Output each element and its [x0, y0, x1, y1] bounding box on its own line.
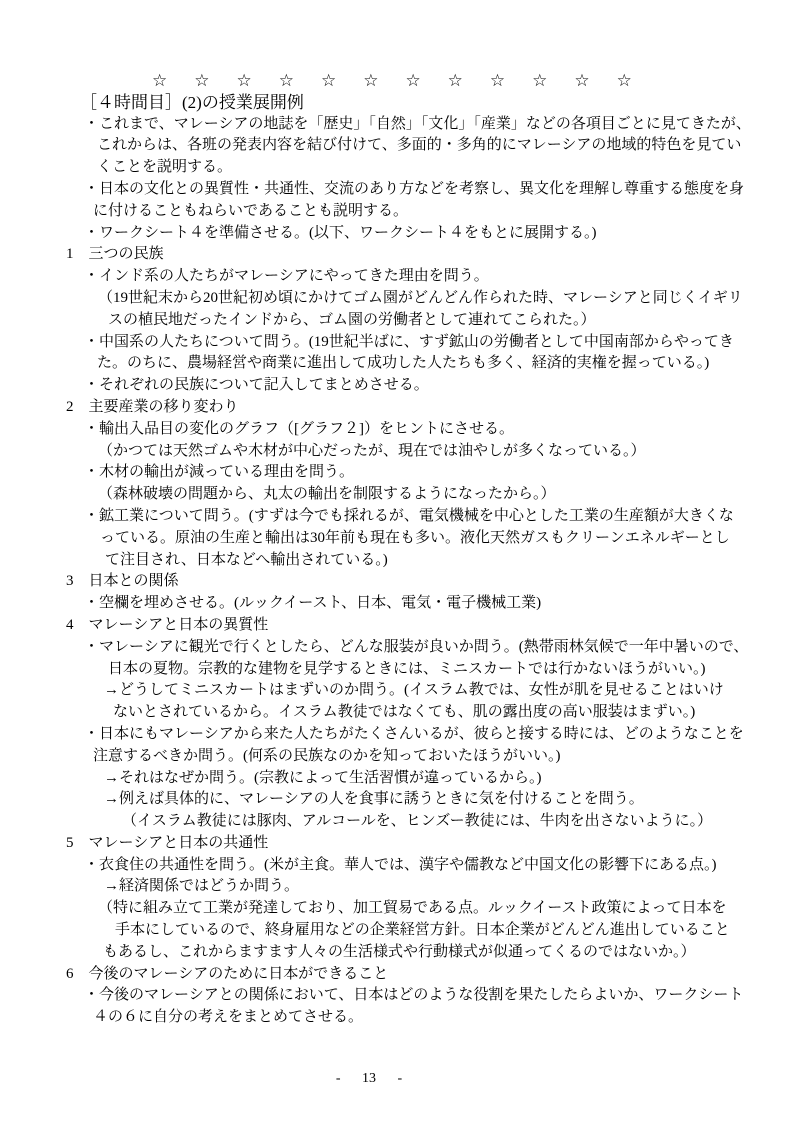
document-line: →それはなぜか問う。(宗教によって生活習慣が違っているから。) [0, 768, 794, 790]
document-line: ・空欄を埋めさせる。(ルックイースト、日本、電気・電子機械工業) [0, 593, 794, 615]
document-content: ☆☆☆☆☆☆☆☆☆☆☆☆ ［４時間目］(2)の授業展開例 ・これまで、マレーシア… [0, 70, 794, 1029]
document-line: 注意するべきか問う。(何系の民族なのかを知っておいたほうがいい。) [0, 746, 794, 768]
document-line: （特に組み立て工業が発達しており、加工貿易である点。ルックイースト政策によって日… [0, 898, 794, 920]
document-line: （19世紀末から20世紀初め頃にかけてゴム園がどんどん作られた時、マレーシアと同… [0, 288, 794, 310]
document-body: ・これまで、マレーシアの地誌を「歴史」「自然」「文化」「産業」などの各項目ごとに… [0, 114, 794, 1029]
page-title: ［４時間目］(2)の授業展開例 [0, 92, 794, 114]
document-line: スの植民地だったインドから、ゴム園の労働者として連れてこられた。） [0, 310, 794, 332]
document-line: ・木材の輸出が減っている理由を問う。 [0, 462, 794, 484]
document-line: ・ワークシート４を準備させる。(以下、ワークシート４をもとに展開する。) [0, 223, 794, 245]
document-line: もあるし、これからますます人々の生活様式や行動様式が似通ってくるのではないか。） [0, 942, 794, 964]
document-line: 1 三つの民族 [0, 244, 794, 266]
document-line: 2 主要産業の移り変わり [0, 397, 794, 419]
document-line: に付けることもねらいであることも説明する。 [0, 201, 794, 223]
document-line: ・インド系の人たちがマレーシアにやってきた理由を問う。 [0, 266, 794, 288]
document-line: ・日本の文化との異質性・共通性、交流のあり方などを考察し、異文化を理解し尊重する… [0, 179, 794, 201]
document-line: （かつては天然ゴムや木材が中心だったが、現在では油やしが多くなっている。） [0, 441, 794, 463]
document-line: 5 マレーシアと日本の共通性 [0, 833, 794, 855]
document-line: くことを説明する。 [0, 157, 794, 179]
document-line: ・中国系の人たちについて問う。(19世紀半ばに、すず鉱山の労働者として中国南部か… [0, 332, 794, 354]
document-line: ・衣食住の共通性を問う。(米が主食。華人では、漢字や儒教など中国文化の影響下にあ… [0, 855, 794, 877]
document-line: た。のちに、農場経営や商業に進出して成功した人たちも多く、経済的実権を握っている… [0, 353, 794, 375]
document-line: ・日本にもマレーシアから来た人たちがたくさんいるが、彼らと接する時には、どのよう… [0, 724, 794, 746]
document-line: （イスラム教徒には豚肉、アルコールを、ヒンズー教徒には、牛肉を出さないように。） [0, 811, 794, 833]
document-line: 6 今後のマレーシアのために日本ができること [0, 964, 794, 986]
document-line: ・それぞれの民族について記入してまとめさせる。 [0, 375, 794, 397]
document-line: ・鉱工業について問う。(すずは今でも採れるが、電気機械を中心とした工業の生産額が… [0, 506, 794, 528]
document-line: 日本の夏物。宗教的な建物を見学するときには、ミニスカートでは行かないほうがいい。… [0, 659, 794, 681]
document-line: ・これまで、マレーシアの地誌を「歴史」「自然」「文化」「産業」などの各項目ごとに… [0, 114, 794, 136]
document-line: ・マレーシアに観光で行くとしたら、どんな服装が良いか問う。(熱帯雨林気候で一年中… [0, 637, 794, 659]
document-line: ないとされているから。イスラム教徒ではなくても、肌の露出度の高い服装はまずい。) [0, 702, 794, 724]
document-line: 4 マレーシアと日本の異質性 [0, 615, 794, 637]
document-line: 手本にしているので、終身雇用などの企業経営方針。日本企業がどんどん進出しているこ… [0, 920, 794, 942]
document-line: ４の６に自分の考えをまとめてさせる。 [0, 1007, 794, 1029]
document-page: ☆☆☆☆☆☆☆☆☆☆☆☆ ［４時間目］(2)の授業展開例 ・これまで、マレーシア… [0, 0, 794, 1123]
star-divider: ☆☆☆☆☆☆☆☆☆☆☆☆ [0, 70, 794, 92]
document-line: 3 日本との関係 [0, 571, 794, 593]
document-line: ・輸出入品目の変化のグラフ（[グラフ２]）をヒントにさせる。 [0, 419, 794, 441]
document-line: （森林破壊の問題から、丸太の輸出を制限するようになったから。） [0, 484, 794, 506]
document-line: →どうしてミニスカートはまずいのか問う。(イスラム教では、女性が肌を見せることは… [0, 680, 794, 702]
document-line: て注目され、日本などへ輸出されている。) [0, 550, 794, 572]
document-line: っている。原油の生産と輸出は30年前も現在も多い。液化天然ガスもクリーンエネルギ… [0, 528, 794, 550]
document-line: これからは、各班の発表内容を結び付けて、多面的・多角的にマレーシアの地域的特色を… [0, 135, 794, 157]
page-number: - 13 - [0, 1068, 738, 1090]
document-line: ・今後のマレーシアとの関係において、日本はどのような役割を果たしたらよいか、ワー… [0, 985, 794, 1007]
document-line: →例えば具体的に、マレーシアの人を食事に誘うときに気を付けることを問う。 [0, 789, 794, 811]
document-line: →経済関係ではどうか問う。 [0, 876, 794, 898]
